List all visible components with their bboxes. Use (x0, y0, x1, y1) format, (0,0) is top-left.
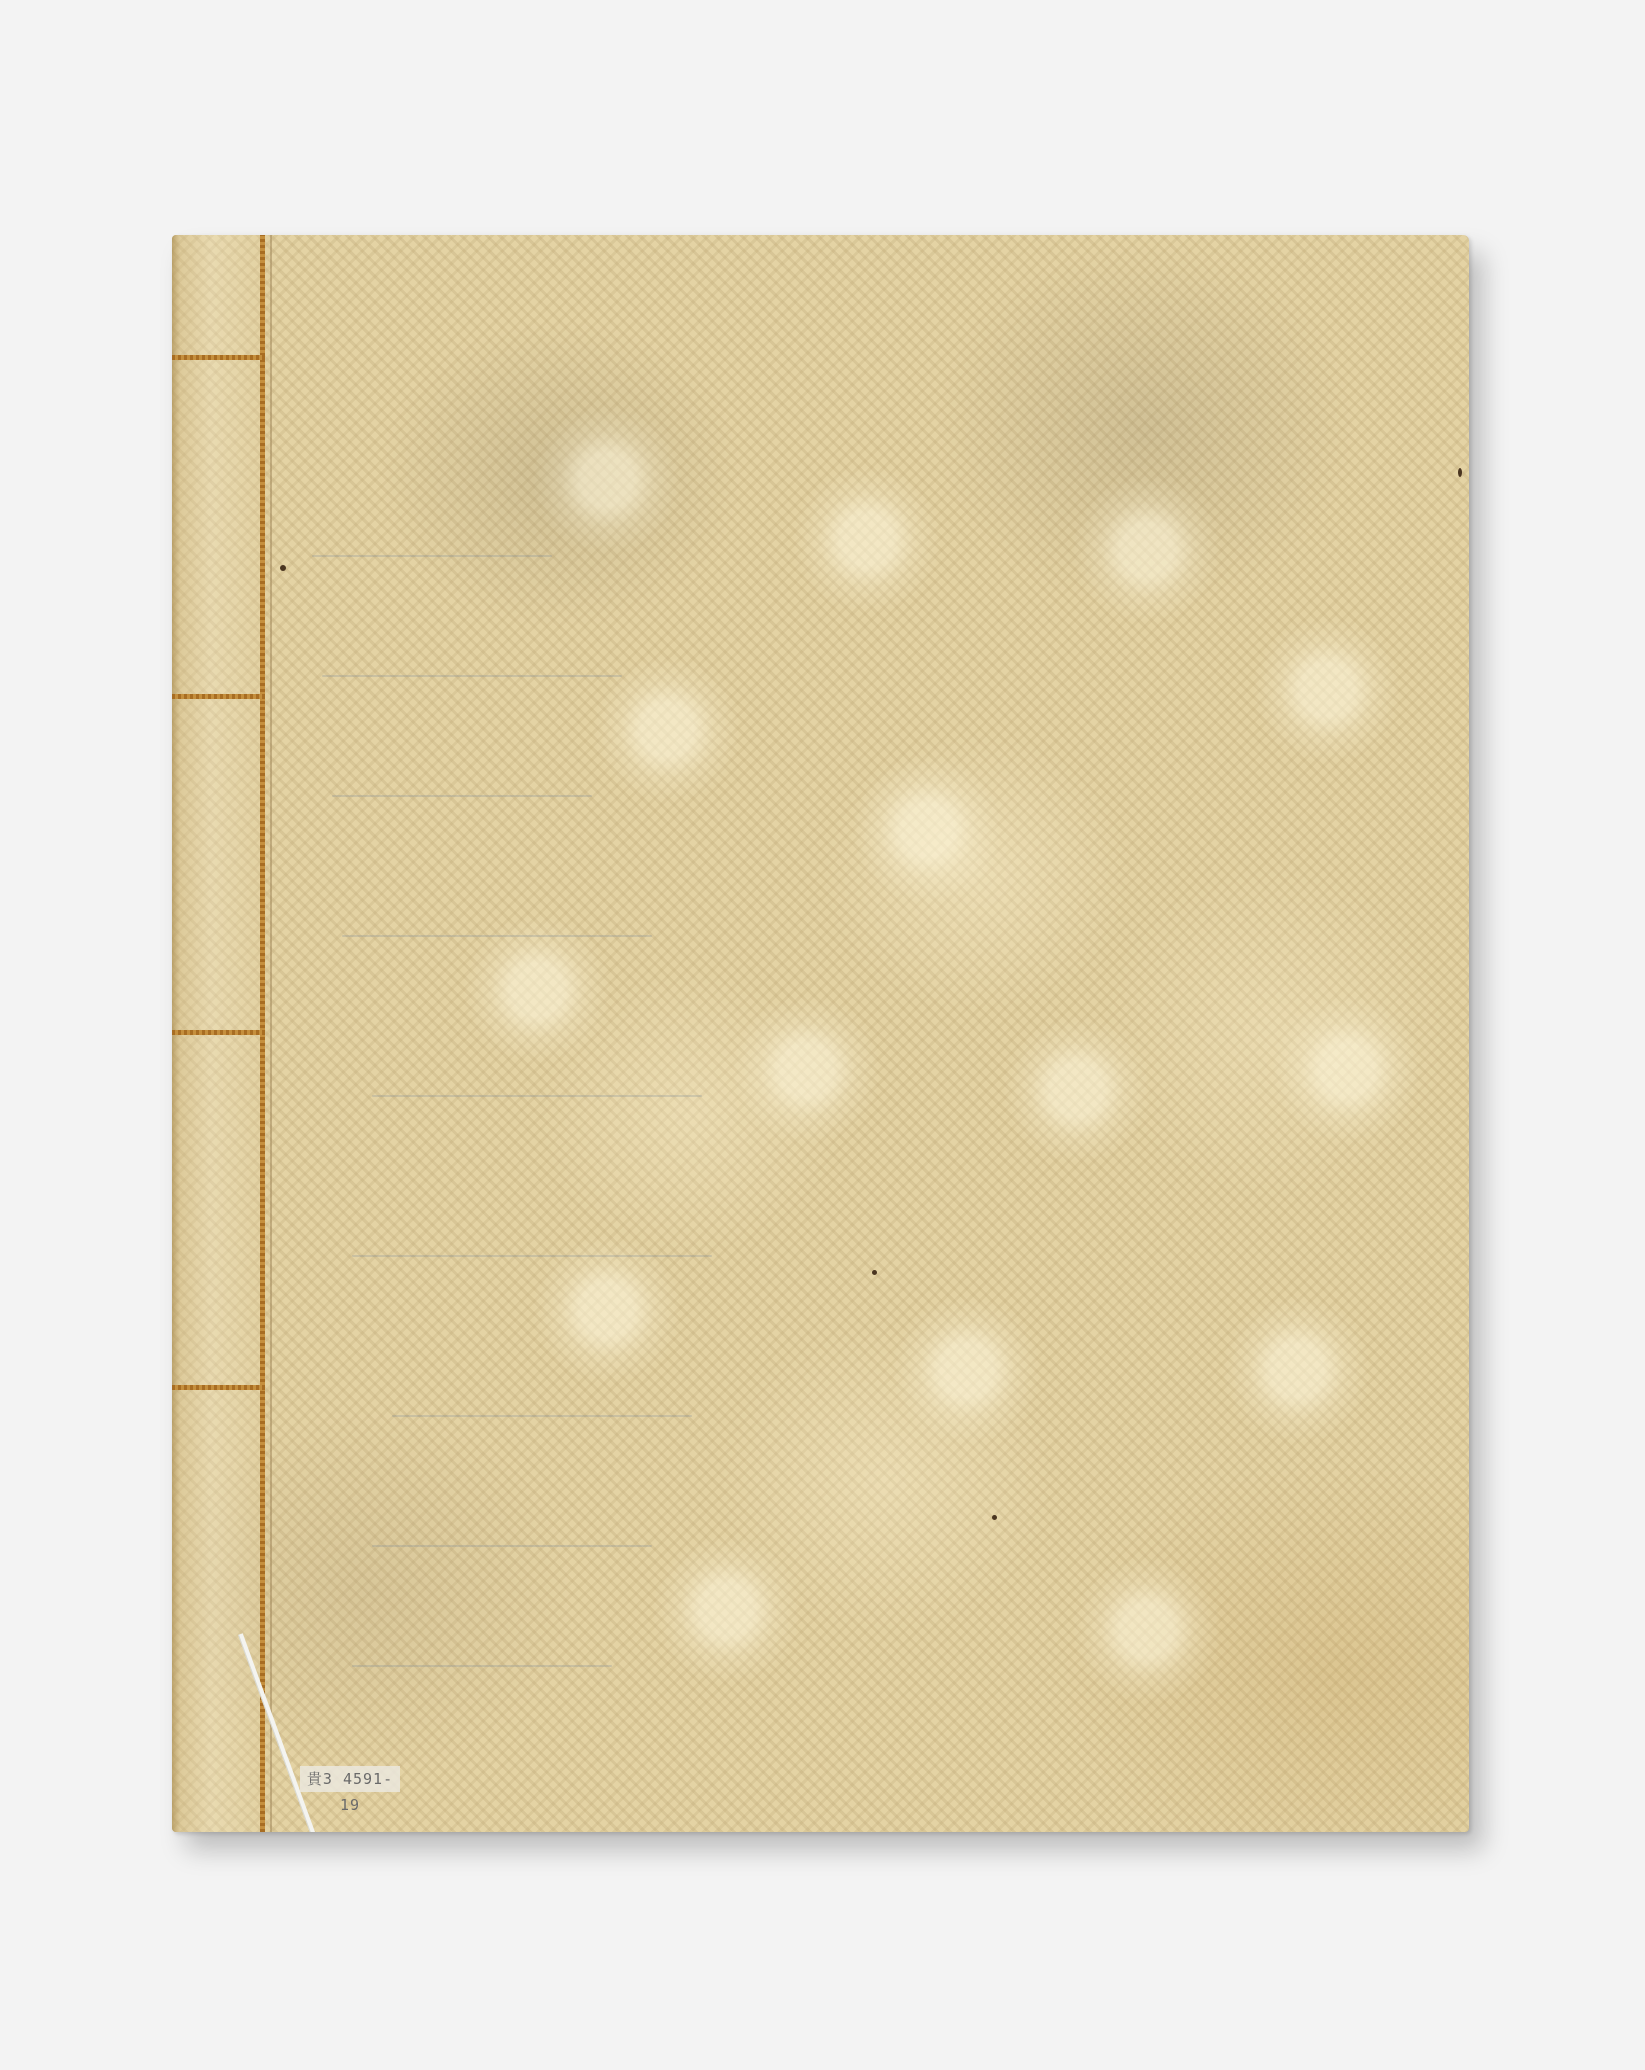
stain-spot (872, 1270, 877, 1275)
faint-handwriting (372, 1095, 702, 1097)
floral-motif (532, 1235, 682, 1385)
binding-stitch-4 (172, 1385, 265, 1390)
faint-handwriting (372, 1545, 652, 1547)
stain-spot (280, 565, 286, 571)
floral-motif (532, 405, 682, 555)
floral-motif (1072, 475, 1222, 625)
floral-motif (792, 465, 942, 615)
catalog-label: 貴3 4591-19 (300, 1766, 400, 1792)
floral-motif (1222, 1295, 1372, 1445)
floral-motif (1002, 1015, 1152, 1165)
floral-motif (592, 655, 742, 805)
floral-motif (1072, 1555, 1222, 1705)
book-cover: 貴3 4591-19 (172, 235, 1469, 1832)
floral-motif (892, 1295, 1042, 1445)
floral-motif (462, 915, 612, 1065)
stain-spot (1458, 468, 1462, 477)
stain-spot (992, 1515, 997, 1520)
spine-fold-line (270, 235, 272, 1832)
faint-handwriting (352, 1255, 712, 1257)
binding-stitch-2 (172, 694, 265, 699)
floral-motif (852, 755, 1002, 905)
faint-handwriting (312, 555, 552, 557)
floral-motif (652, 1535, 802, 1685)
faint-handwriting (342, 935, 652, 937)
faint-handwriting (352, 1665, 612, 1667)
floral-motif (1252, 615, 1402, 765)
floral-motif (732, 995, 882, 1145)
binding-stitch-3 (172, 1030, 265, 1035)
faint-handwriting (392, 1415, 692, 1417)
faint-handwriting (322, 675, 622, 677)
floral-motif (1272, 995, 1422, 1145)
binding-stitch-1 (172, 355, 265, 360)
faint-handwriting (332, 795, 592, 797)
